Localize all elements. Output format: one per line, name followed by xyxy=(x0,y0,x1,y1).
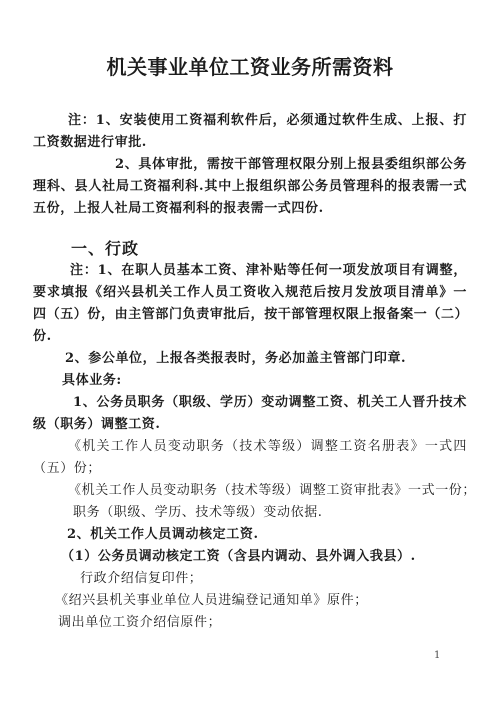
text-line: 《机关工作人员变动职务（技术等级）调整工资审批表》一式一份； xyxy=(33,480,467,502)
text-line: 1、公务员职务（职级、学历）变动调整工资、机关工人晋升技术等 xyxy=(33,392,467,414)
text-line: （五）份； xyxy=(33,458,467,480)
text-line: 行政介绍信复印件； xyxy=(33,568,467,590)
text-line: 份. xyxy=(33,326,467,348)
page-number: 1 xyxy=(434,650,440,662)
text-line: 理科、县人社局工资福利科.其中上报组织部公务员管理科的报表需一式 xyxy=(33,176,467,198)
text-line: 工资数据进行审批. xyxy=(33,132,467,154)
text-line: 五份，上报人社局工资福利科的报表需一式四份. xyxy=(33,198,467,220)
text-line: （1）公务员调动核定工资（含县内调动、县外调入我县）. xyxy=(33,546,467,568)
text-line: 级（职务）调整工资. xyxy=(33,414,467,436)
text-line: 2、参公单位，上报各类报表时，务必加盖主管部门印章. xyxy=(33,348,467,370)
text-line: 注：1、在职人员基本工资、津补贴等任何一项发放项目有调整，均 xyxy=(33,260,467,282)
section-heading: 一、行政 xyxy=(33,237,467,260)
text-line: 四（五）份，由主管部门负责审批后，按干部管理权限上报备案一（二） xyxy=(33,304,467,326)
text-line: 2、机关工作人员调动核定工资. xyxy=(33,524,467,546)
text-line: 《机关工作人员变动职务（技术等级）调整工资名册表》一式四 xyxy=(33,436,467,458)
text-line: 注：1、安装使用工资福利软件后，必须通过软件生成、上报、打印 xyxy=(33,110,467,132)
text-line: 调出单位工资介绍信原件； xyxy=(33,612,467,634)
document-title: 机关事业单位工资业务所需资料 xyxy=(0,0,500,79)
text-line: 要求填报《绍兴县机关工作人员工资收入规范后按月发放项目清单》一式 xyxy=(33,282,467,304)
document-body: 注：1、安装使用工资福利软件后，必须通过软件生成、上报、打印工资数据进行审批.2… xyxy=(33,110,467,634)
text-line: 具体业务: xyxy=(33,370,467,392)
document-page: 机关事业单位工资业务所需资料 注：1、安装使用工资福利软件后，必须通过软件生成、… xyxy=(0,0,500,707)
text-line: 《绍兴县机关事业单位人员进编登记通知单》原件； xyxy=(33,590,467,612)
text-line: 职务（职级、学历、技术等级）变动依据. xyxy=(33,502,467,524)
text-line: 2、具体审批，需按干部管理权限分别上报县委组织部公务员管 xyxy=(33,154,467,176)
